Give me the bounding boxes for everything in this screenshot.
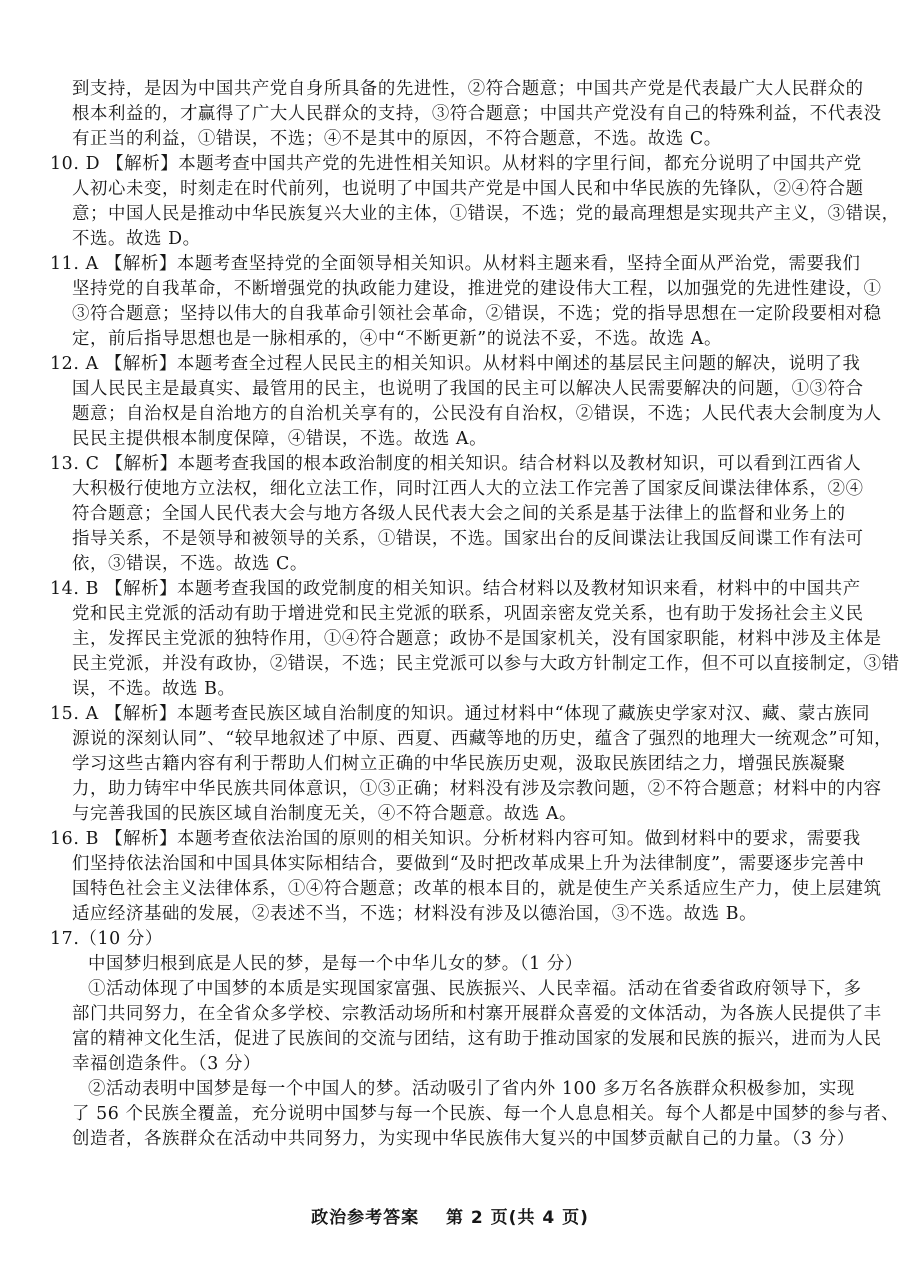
text-line: 部门共同努力，在全省众多学校、宗教活动场所和村寨开展群众喜爱的文体活动，为各族人… [72, 1002, 882, 1026]
text-line: 了 56 个民族全覆盖，充分说明中国梦与每一个民族、每一个人息息相关。每个人都是… [72, 1102, 899, 1126]
text-line: 人初心未变，时刻走在时代前列，也说明了中国共产党是中国人民和中华民族的先锋队，②… [72, 177, 864, 201]
text-line: ②活动表明中国梦是每一个中国人的梦。活动吸引了省内外 100 多万名各族群众积极… [88, 1077, 855, 1101]
text-line: 误，不选。故选 B。 [72, 677, 235, 701]
text-line: 学习这些古籍内容有利于帮助人们树立正确的中华民族历史观，汲取民族团结之力，增强民… [72, 752, 846, 776]
text-line: 坚持党的自我革命，不断增强党的执政能力建设，推进党的建设伟大工程，以加强党的先进… [72, 277, 882, 301]
text-line: 党和民主党派的活动有助于增进党和民主党派的联系，巩固亲密友党关系，也有助于发扬社… [72, 602, 864, 626]
page-footer: 政治参考答案 第 2 页(共 4 页) [0, 1203, 900, 1228]
text-line: 主，发挥民主党派的独特作用，①④符合题意；政协不是国家机关，没有国家职能，材料中… [72, 627, 882, 651]
footer-page-number: 第 2 页(共 4 页) [446, 1208, 589, 1228]
text-line: 到支持，是因为中国共产党自身所具备的先进性，②符合题意；中国共产党是代表最广大人… [72, 77, 864, 101]
text-line: 们坚持依法治国和中国具体实际相结合，要做到“及时把改革成果上升为法律制度”，需要… [72, 852, 865, 876]
text-line: ③符合题意；坚持以伟大的自我革命引领社会革命，②错误，不选；党的指导思想在一定阶… [72, 302, 882, 326]
text-line: 11. A 【解析】本题考查坚持党的全面领导相关知识。从材料主题来看，坚持全面从… [50, 252, 860, 276]
text-line: 依，③错误，不选。故选 C。 [72, 552, 308, 576]
text-line: 大积极行使地方立法权，细化立法工作，同时江西人大的立法工作完善了国家反间谍法律体… [72, 477, 864, 501]
text-line: 创造者，各族群众在活动中共同努力，为实现中华民族伟大复兴的中国梦贡献自己的力量。… [72, 1127, 855, 1151]
text-line: 12. A 【解析】本题考查全过程人民民主的相关知识。从材料中阐述的基层民主问题… [50, 352, 860, 376]
text-line: 适应经济基础的发展，②表述不当，不选；材料没有涉及以德治国，③不选。故选 B。 [72, 902, 757, 926]
text-line: 17.（10 分） [50, 927, 163, 951]
text-line: 10. D 【解析】本题考查中国共产党的先进性相关知识。从材料的字里行间，都充分… [50, 152, 862, 176]
text-line: 定，前后指导思想也是一脉相承的，④中“不断更新”的说法不妥，不选。故选 A。 [72, 327, 722, 351]
text-line: 民民主提供根本制度保障，④错误，不选。故选 A。 [72, 427, 487, 451]
text-line: 富的精神文化生活，促进了民族间的交流与团结，这有助于推动国家的发展和民族的振兴，… [72, 1027, 882, 1051]
text-line: 有正当的利益，①错误，不选；④不是其中的原因，不符合题意，不选。故选 C。 [72, 127, 722, 151]
text-line: 源说的深刻认同”、“较早地叙述了中原、西夏、西藏等地的历史，蕴含了强烈的地理大一… [72, 727, 892, 751]
text-line: 国人民民主是最真实、最管用的民主，也说明了我国的民主可以解决人民需要解决的问题，… [72, 377, 864, 401]
text-line: 幸福创造条件。（3 分） [72, 1052, 261, 1076]
text-line: 民主党派，并没有政协，②错误，不选；民主党派可以参与大政方针制定工作，但不可以直… [72, 652, 900, 676]
text-line: 不选。故选 D。 [72, 227, 201, 251]
text-line: 根本利益的，才赢得了广大人民群众的支持，③符合题意；中国共产党没有自己的特殊利益… [72, 102, 882, 126]
text-line: 中国梦归根到底是人民的梦，是每一个中华儿女的梦。（1 分） [88, 952, 583, 976]
text-line: 力，助力铸牢中华民族共同体意识，①③正确；材料没有涉及宗教问题，②不符合题意；材… [72, 777, 882, 801]
answer-key-page: 到支持，是因为中国共产党自身所具备的先进性，②符合题意；中国共产党是代表最广大人… [0, 0, 900, 1272]
text-line: 意；中国人民是推动中华民族复兴大业的主体，①错误，不选；党的最高理想是实现共产主… [72, 202, 900, 226]
text-line: 与完善我国的民族区域自治制度无关，④不符合题意。故选 A。 [72, 802, 577, 826]
text-line: 16. B 【解析】本题考查依法治国的原则的相关知识。分析材料内容可知。做到材料… [50, 827, 861, 851]
text-line: ①活动体现了中国梦的本质是实现国家富强、民族振兴、人民幸福。活动在省委省政府领导… [88, 977, 862, 1001]
footer-subject: 政治参考答案 [311, 1208, 419, 1228]
text-line: 指导关系，不是领导和被领导的关系，①错误，不选。国家出台的反间谍法让我国反间谍工… [72, 527, 864, 551]
text-line: 15. A 【解析】本题考查民族区域自治制度的知识。通过材料中“体现了藏族史学家… [50, 702, 870, 726]
text-line: 13. C 【解析】本题考查我国的根本政治制度的相关知识。结合材料以及教材知识，… [50, 452, 861, 476]
text-line: 国特色社会主义法律体系，①④符合题意；改革的根本目的，就是使生产关系适应生产力，… [72, 877, 882, 901]
text-line: 符合题意；全国人民代表大会与地方各级人民代表大会之间的关系是基于法律上的监督和业… [72, 502, 846, 526]
text-line: 题意；自治权是自治地方的自治机关享有的，公民没有自治权，②错误，不选；人民代表大… [72, 402, 882, 426]
text-line: 14. B 【解析】本题考查我国的政党制度的相关知识。结合材料以及教材知识来看，… [50, 577, 861, 601]
